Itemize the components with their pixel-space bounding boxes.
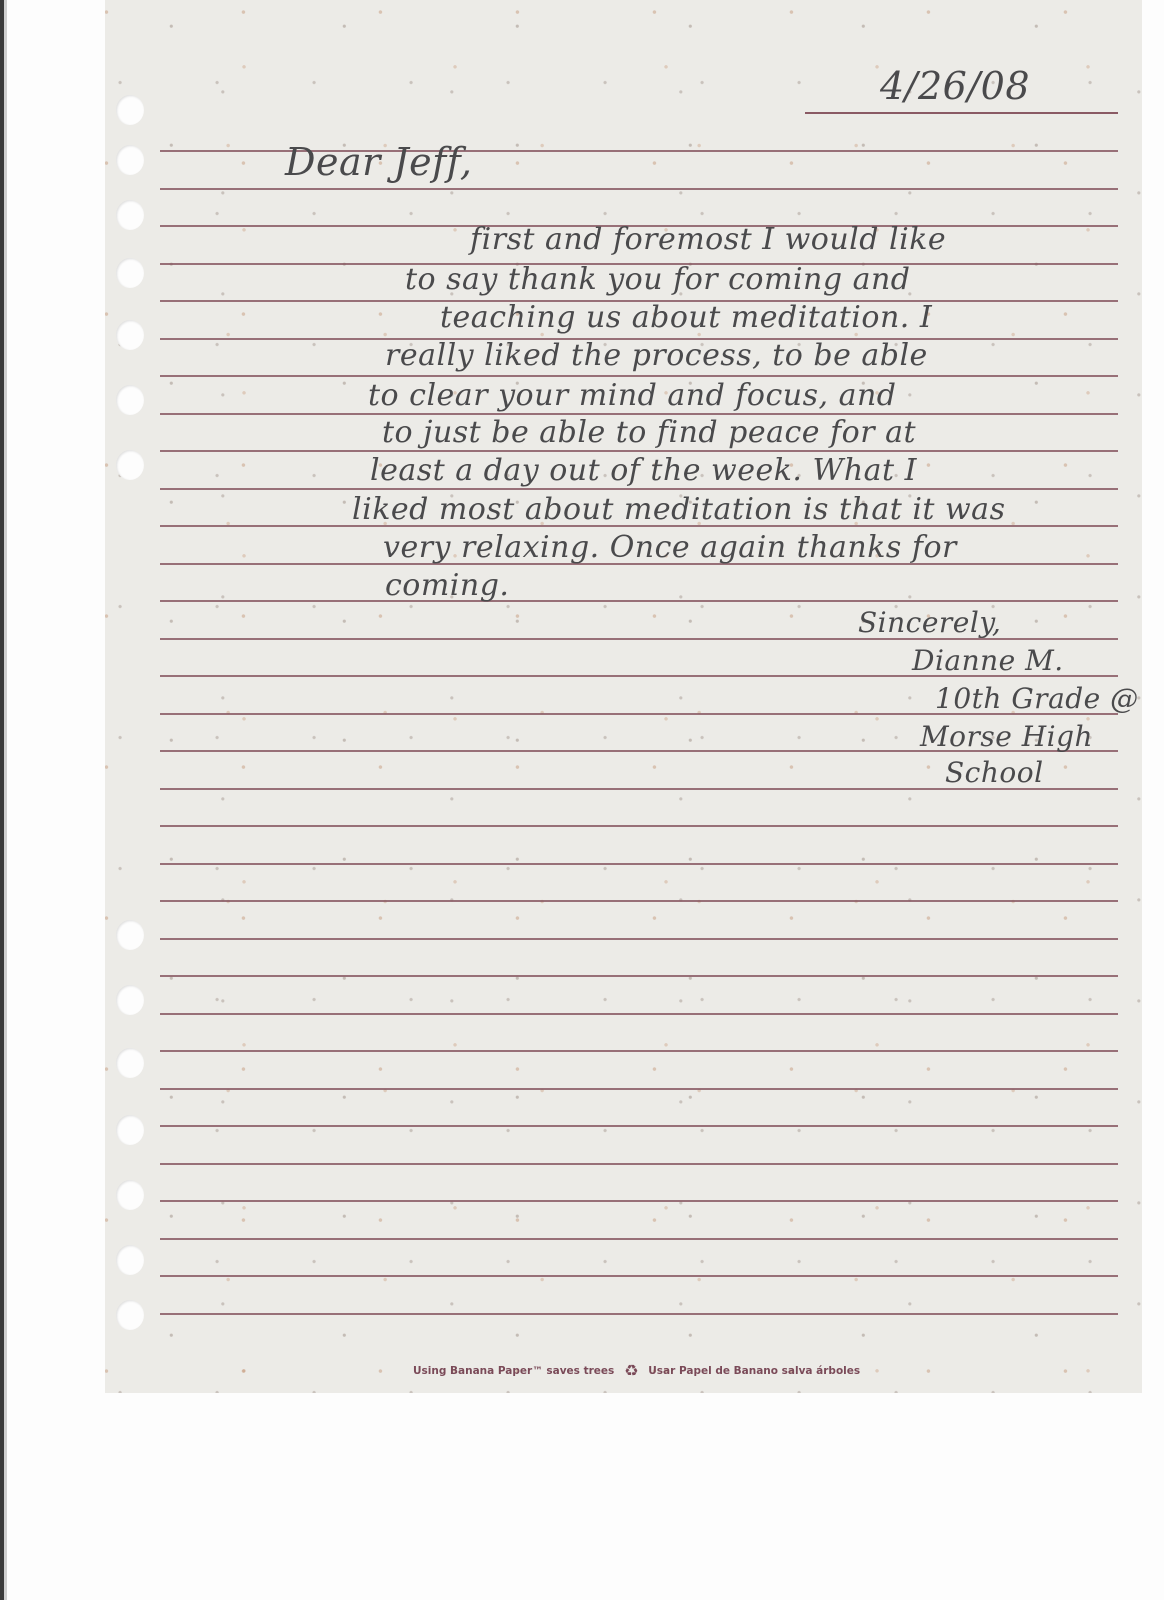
ruled-line — [160, 900, 1118, 902]
body-line: very relaxing. Once again thanks for — [383, 530, 957, 565]
binder-hole — [116, 920, 144, 950]
paper-footer: Using Banana Paper™ saves trees ♻ Usar P… — [413, 1362, 860, 1380]
ruled-line — [160, 1125, 1118, 1127]
binder-hole — [116, 95, 144, 125]
ruled-line — [160, 863, 1118, 865]
body-line: really liked the process, to be able — [385, 338, 928, 373]
scanner-edge-shadow — [4, 0, 7, 1600]
body-line: to say thank you for coming and — [405, 262, 911, 297]
ruled-line — [160, 450, 1118, 452]
signature-school: Morse High — [920, 720, 1093, 753]
binder-hole — [116, 385, 144, 415]
body-line: liked most about meditation is that it w… — [352, 492, 1005, 527]
binder-hole — [116, 145, 144, 175]
ruled-line — [160, 1050, 1118, 1052]
letter-greeting: Dear Jeff, — [285, 140, 472, 184]
binder-hole — [116, 200, 144, 230]
ruled-line — [160, 1238, 1118, 1240]
date-line — [805, 112, 1118, 114]
ruled-line — [160, 1088, 1118, 1090]
ruled-line — [160, 1313, 1118, 1315]
footer-spanish: Usar Papel de Banano salva árboles — [648, 1365, 860, 1377]
torn-binder-edge — [60, 0, 105, 1393]
binder-hole — [116, 258, 144, 288]
ruled-line — [160, 975, 1118, 977]
signature-grade: 10th Grade @ — [935, 682, 1139, 715]
letter-date: 4/26/08 — [880, 64, 1030, 108]
body-line: to clear your mind and focus, and — [368, 378, 897, 413]
signature-school: School — [945, 756, 1044, 789]
binder-hole — [116, 450, 144, 480]
ruled-line — [160, 1200, 1118, 1202]
body-line: teaching us about meditation. I — [440, 300, 932, 335]
ruled-line — [160, 600, 1118, 602]
ruled-line — [160, 1163, 1118, 1165]
binder-hole — [116, 1300, 144, 1330]
binder-hole — [116, 1245, 144, 1275]
ruled-line — [160, 375, 1118, 377]
body-line: coming. — [385, 568, 509, 603]
binder-hole — [116, 1180, 144, 1210]
ruled-line — [160, 938, 1118, 940]
binder-hole — [116, 1048, 144, 1078]
binder-hole — [116, 320, 144, 350]
binder-hole — [116, 1115, 144, 1145]
body-line: to just be able to find peace for at — [382, 415, 916, 450]
signature-name: Dianne M. — [912, 644, 1064, 677]
ruled-line — [160, 825, 1118, 827]
binder-hole — [116, 985, 144, 1015]
body-line: first and foremost I would like — [470, 222, 946, 257]
recycle-icon: ♻ — [622, 1362, 640, 1380]
ruled-line — [160, 188, 1118, 190]
letter-closing: Sincerely, — [858, 606, 1001, 639]
ruled-line — [160, 1275, 1118, 1277]
footer-english: Using Banana Paper™ saves trees — [413, 1365, 614, 1377]
ruled-line — [160, 1013, 1118, 1015]
body-line: least a day out of the week. What I — [370, 453, 917, 488]
